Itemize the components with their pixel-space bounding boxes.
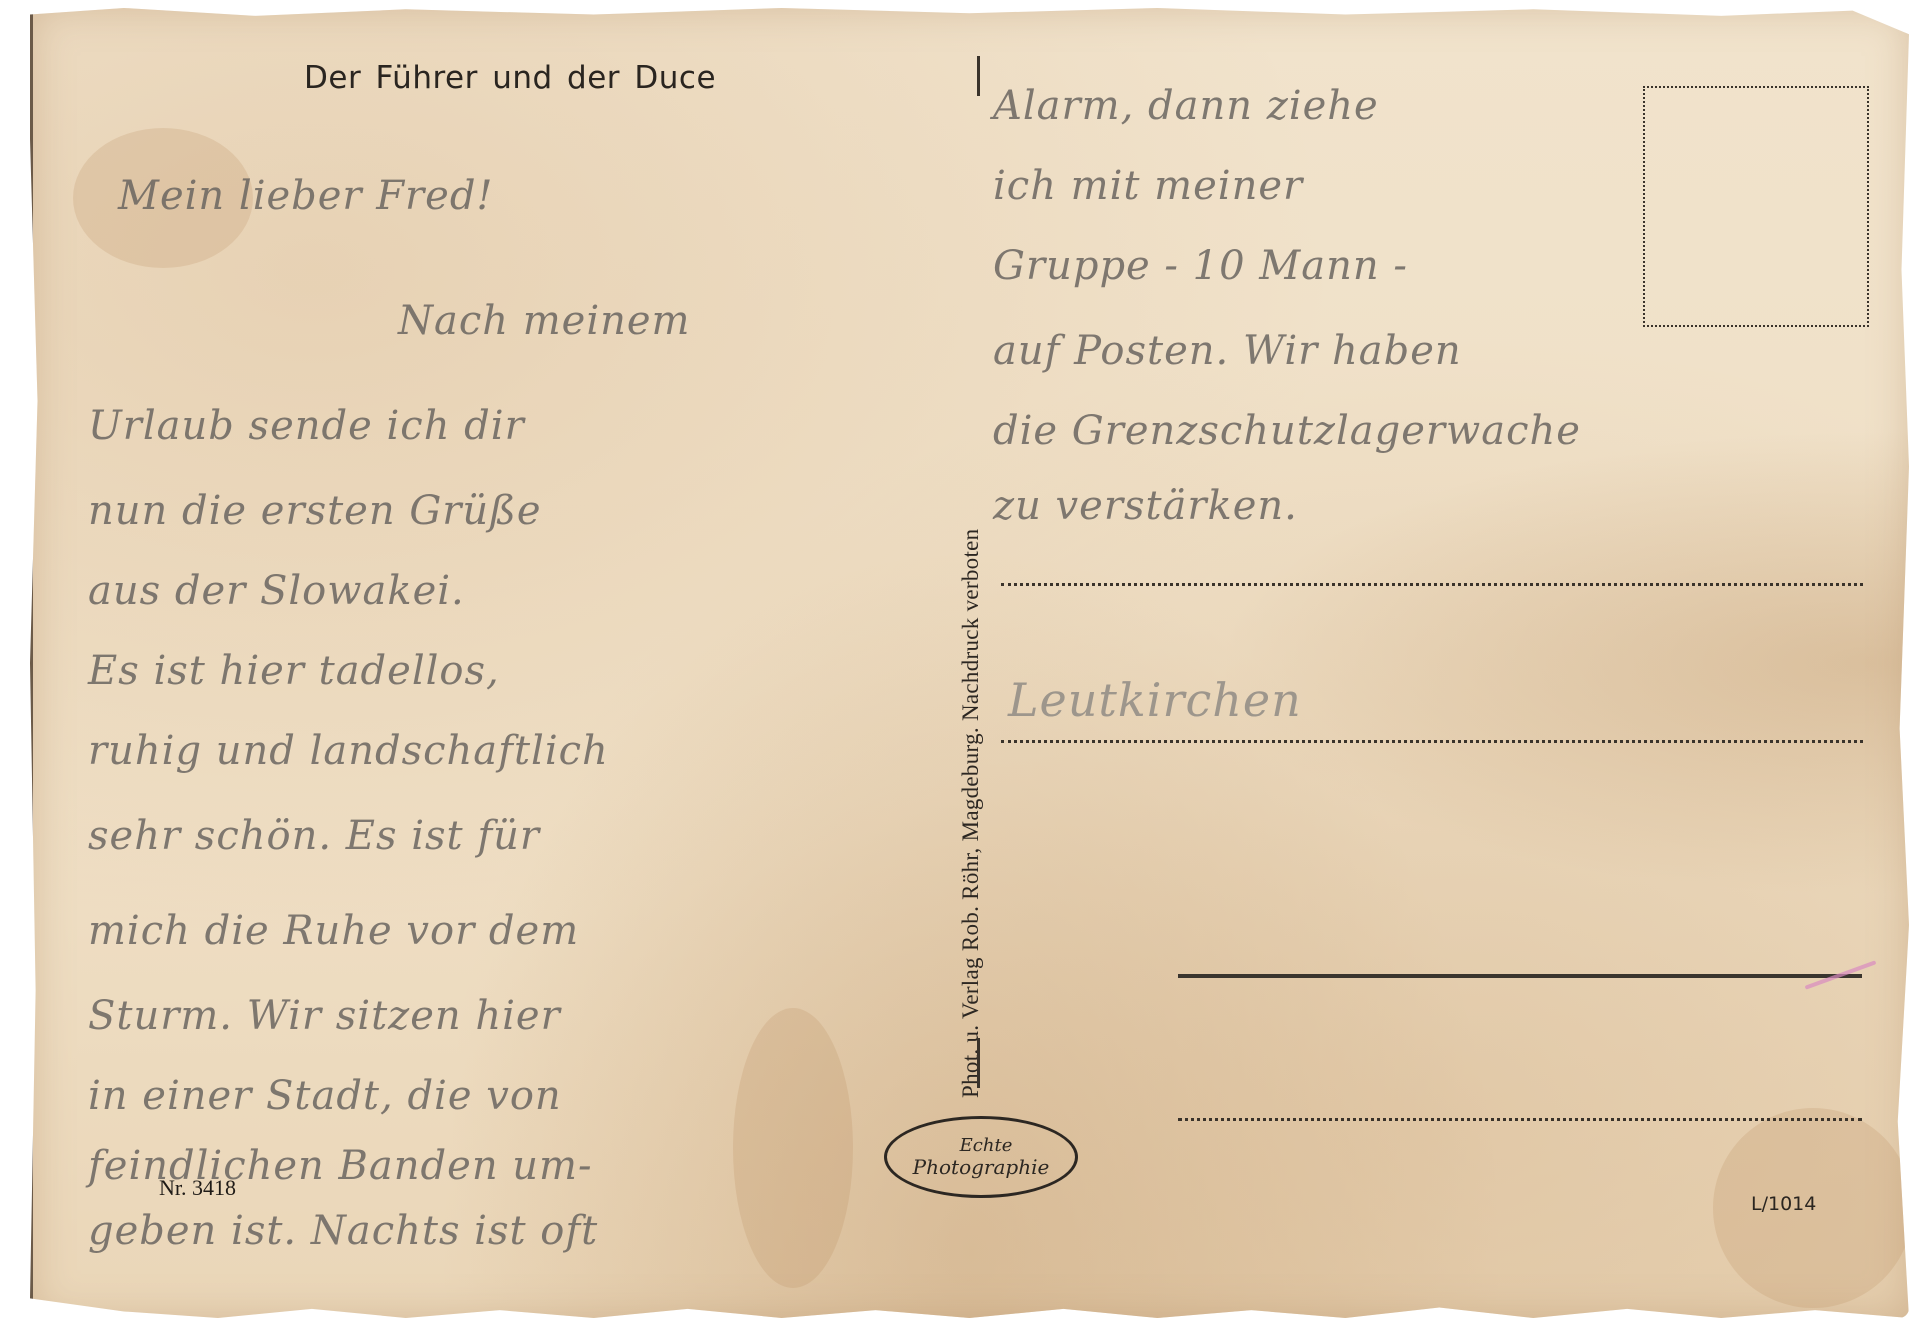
- handwriting-line: nun die ersten Grüße: [88, 488, 542, 534]
- divider-tick-bottom: [977, 1038, 980, 1088]
- address-line-1: [1001, 583, 1863, 586]
- handwriting-line: Nach meinem: [398, 298, 690, 344]
- card-title: Der Führer und der Duce: [304, 60, 716, 96]
- handwriting-line: zu verstärken.: [993, 483, 1298, 529]
- handwriting-line: ich mit meiner: [993, 163, 1303, 209]
- handwriting-line: geben ist. Nachts ist oft: [88, 1208, 598, 1254]
- handwriting-line: Alarm, dann ziehe: [993, 83, 1379, 129]
- handwriting-line: Urlaub sende ich dir: [88, 403, 525, 449]
- postcard-back: Der Führer und der Duce Phot. u. Verlag …: [30, 8, 1909, 1318]
- address-line-3: [1178, 974, 1862, 978]
- photo-stamp-line2: Photographie: [913, 1157, 1050, 1177]
- handwriting-line: aus der Slowakei.: [88, 568, 465, 614]
- stamp-box: [1643, 86, 1869, 327]
- handwriting-line: mich die Ruhe vor dem: [88, 908, 579, 954]
- address-line-2: [1001, 740, 1863, 743]
- handwriting-line: in einer Stadt, die von: [88, 1073, 562, 1119]
- handwriting-line: Es ist hier tadellos,: [88, 648, 500, 694]
- handwriting-line: Sturm. Wir sitzen hier: [88, 993, 561, 1039]
- photo-stamp: Echte Photographie: [884, 1116, 1078, 1198]
- series-code: L/1014: [1751, 1193, 1816, 1215]
- address-handwriting: Leutkirchen: [1008, 673, 1302, 727]
- handwriting-line: auf Posten. Wir haben: [993, 328, 1462, 374]
- paper-stain: [733, 1008, 853, 1288]
- handwriting-line: die Grenzschutzlagerwache: [993, 408, 1581, 454]
- divider-tick-top: [977, 56, 980, 96]
- address-line-4: [1178, 1118, 1862, 1121]
- handwriting-line: Gruppe - 10 Mann -: [993, 243, 1408, 289]
- photo-stamp-line1: Echte: [960, 1137, 1013, 1155]
- handwriting-line: sehr schön. Es ist für: [88, 813, 540, 859]
- handwriting-line: feindlichen Banden um-: [88, 1143, 593, 1189]
- handwriting-line: ruhig und landschaftlich: [88, 728, 609, 774]
- publisher-imprint: Phot. u. Verlag Rob. Röhr, Magdeburg. Na…: [958, 529, 984, 1098]
- handwriting-line: Mein lieber Fred!: [118, 173, 494, 219]
